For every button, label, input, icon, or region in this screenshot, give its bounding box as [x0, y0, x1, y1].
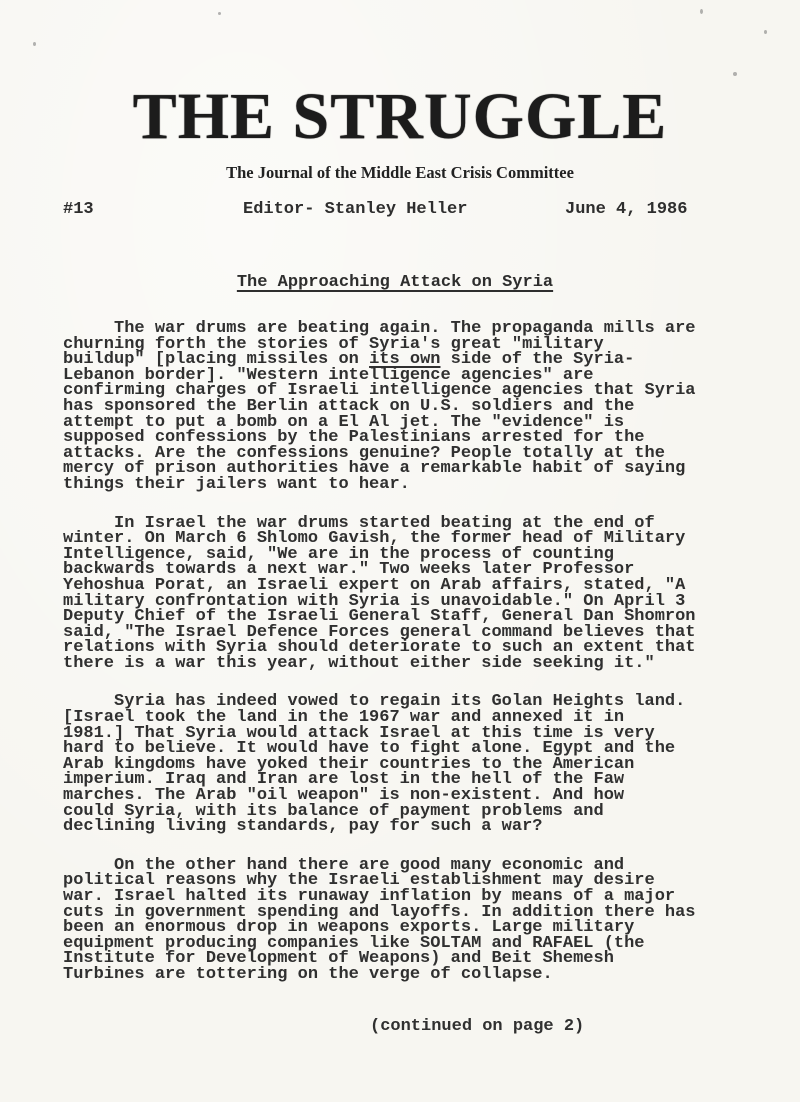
scan-speck	[700, 9, 703, 14]
paragraph-1-end: side of the Syria- Lebanon border]. "Wes…	[63, 350, 696, 494]
issue-info-row: #13 Editor- Stanley Heller June 4, 1986	[0, 200, 800, 218]
journal-subtitle: The Journal of the Middle East Crisis Co…	[0, 163, 800, 183]
continued-note: (continued on page 2)	[370, 1017, 727, 1036]
scan-speck	[733, 72, 737, 76]
editor-line: Editor- Stanley Heller	[243, 200, 467, 219]
scan-speck	[33, 42, 36, 46]
paragraph-2: In Israel the war drums started beating …	[63, 516, 727, 672]
masthead-title: THE STRUGGLE	[0, 0, 800, 150]
scan-speck	[218, 12, 221, 15]
scan-speck	[764, 30, 767, 34]
article-text: The war drums are beating again. The pro…	[63, 321, 727, 1036]
paragraph-4: On the other hand there are good many ec…	[63, 858, 727, 983]
issue-date: June 4, 1986	[565, 200, 687, 219]
paragraph-1: The war drums are beating again. The pro…	[63, 321, 727, 493]
article-body: The Approaching Attack on Syria The war …	[63, 273, 727, 1036]
newsletter-page: THE STRUGGLE The Journal of the Middle E…	[0, 0, 800, 1102]
issue-number: #13	[63, 200, 94, 219]
paragraph-3: Syria has indeed vowed to regain its Gol…	[63, 694, 727, 834]
article-title: The Approaching Attack on Syria	[63, 273, 727, 292]
